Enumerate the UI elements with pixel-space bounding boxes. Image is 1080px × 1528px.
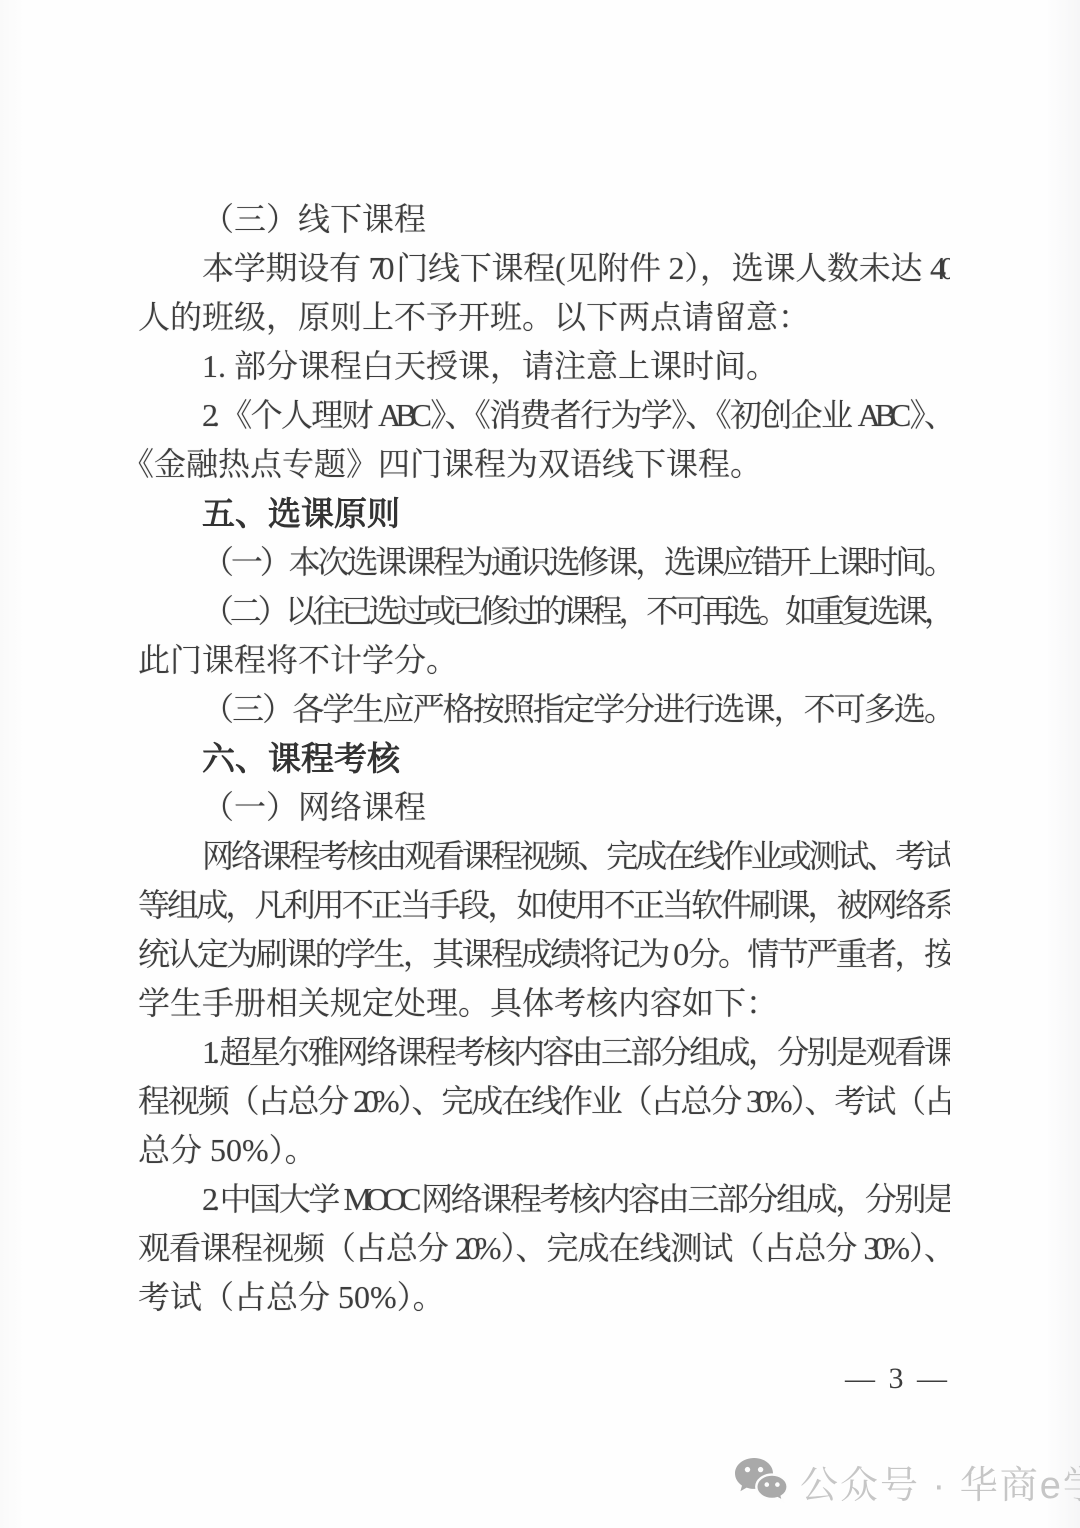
document-line: 网络课程考核由观看课程视频、完成在线作业或测试、考试 (138, 832, 950, 881)
document-line: （三）线下课程 (138, 195, 950, 244)
document-line: 1. 部分课程白天授课，请注意上课时间。 (138, 342, 950, 391)
document-page: （三）线下课程本学期设有 70 门线下课程(见附件 2），选课人数未达 40人的… (0, 0, 1080, 1528)
section-heading: 六、课程考核 (138, 734, 950, 783)
document-line: 《金融热点专题》四门课程为双语线下课程。 (122, 440, 950, 489)
document-line: 统认定为刷课的学生，其课程成绩将记为 0 分。情节严重者，按 (138, 930, 950, 979)
document-line: 此门课程将不计学分。 (138, 636, 950, 685)
document-line: 总分 50%）。 (138, 1126, 950, 1175)
page-number: — 3 — (845, 1358, 950, 1400)
document-line: 人的班级，原则上不予开班。以下两点请留意： (138, 293, 950, 342)
document-line: （二）以往已选过或已修过的课程，不可再选。如重复选课， (138, 587, 950, 636)
document-line: 观看课程视频（占总分 20%）、完成在线测试（占总分 30%）、 (138, 1224, 950, 1273)
document-line: 本学期设有 70 门线下课程(见附件 2），选课人数未达 40 (138, 244, 950, 293)
document-line: 程视频（占总分 20%）、完成在线作业（占总分 30%）、考试（占 (138, 1077, 950, 1126)
document-body: （三）线下课程本学期设有 70 门线下课程(见附件 2），选课人数未达 40人的… (138, 195, 950, 1322)
document-line: 2. 中国大学 MOOC 网络课程考核内容由三部分组成，分别是 (138, 1175, 950, 1224)
document-line: 学生手册相关规定处理。具体考核内容如下： (138, 979, 950, 1028)
wechat-icon (734, 1456, 788, 1506)
document-line: 等组成，凡利用不正当手段，如使用不正当软件刷课，被网络系 (138, 881, 950, 930)
document-line: （一）网络课程 (138, 783, 950, 832)
section-heading: 五、选课原则 (138, 489, 950, 538)
document-line: 1. 超星尔雅网络课程考核内容由三部分组成，分别是观看课 (138, 1028, 950, 1077)
document-line: （三）各学生应严格按照指定学分进行选课，不可多选。 (138, 685, 950, 734)
wechat-watermark: 公众号 · 华商e学工 (734, 1452, 1080, 1510)
document-line: 考试（占总分 50%）。 (138, 1273, 950, 1322)
document-line: 2. 《个人理财 ABC》、《消费者行为学》、《初创企业 ABC》、 (138, 391, 950, 440)
document-line: （一）本次选课课程为通识选修课，选课应错开上课时间。 (138, 538, 950, 587)
watermark-label: 公众号 · 华商e学工 (800, 1454, 1080, 1509)
